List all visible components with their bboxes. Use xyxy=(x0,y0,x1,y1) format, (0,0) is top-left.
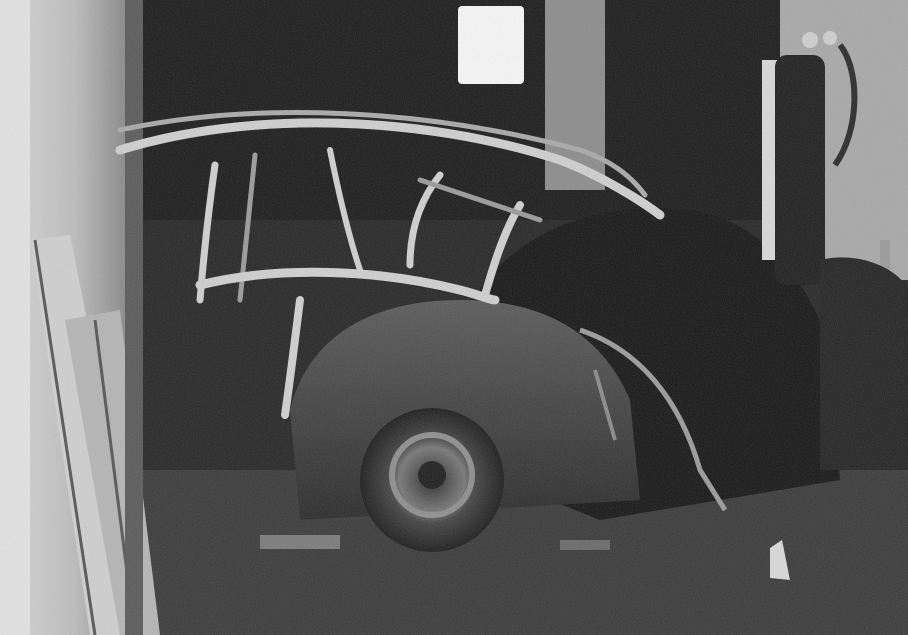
car-body-frame-photo xyxy=(0,0,908,635)
photo-canvas xyxy=(0,0,908,635)
